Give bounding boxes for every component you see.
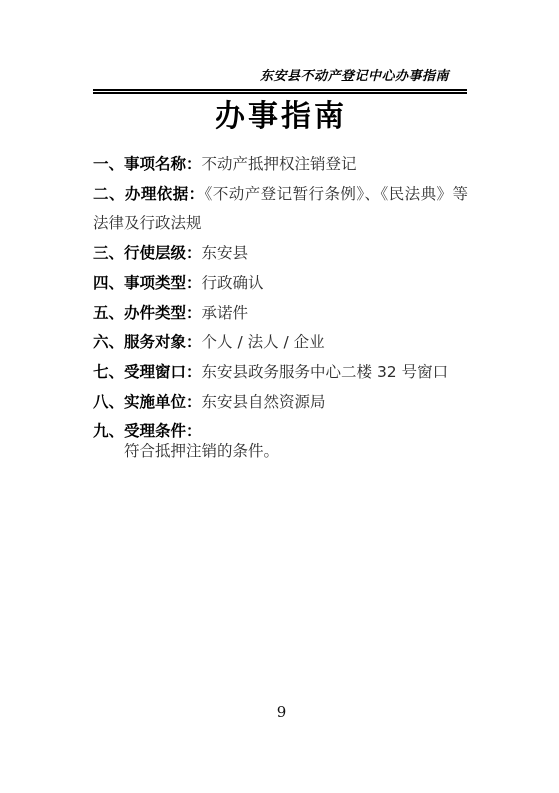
item-label: 七、受理窗口：	[93, 363, 202, 381]
guide-item-8: 八、实施单位：东安县自然资源局	[93, 388, 468, 418]
guide-item-7: 七、受理窗口：东安县政务服务中心二楼 32 号窗口	[93, 358, 468, 388]
page-number: 9	[0, 704, 559, 721]
page-header: 东安县不动产登记中心办事指南	[93, 69, 467, 94]
item-value: 承诺件	[202, 304, 249, 322]
guide-item-1: 一、事项名称：不动产抵押权注销登记	[93, 150, 468, 180]
guide-item-5: 五、办件类型：承诺件	[93, 299, 468, 329]
item-value: 东安县政务服务中心二楼 32 号窗口	[202, 363, 449, 381]
header-double-rule	[93, 89, 467, 94]
guide-item-6: 六、服务对象：个人 / 法人 / 企业	[93, 328, 468, 358]
item-value: 东安县自然资源局	[202, 393, 326, 411]
item-label: 一、事项名称：	[93, 155, 202, 173]
item-label: 五、办件类型：	[93, 304, 202, 322]
page-title: 办事指南	[0, 100, 559, 134]
item-label: 三、行使层级：	[93, 244, 202, 262]
item-value: 不动产抵押权注销登记	[202, 155, 357, 173]
guide-item-3: 三、行使层级：东安县	[93, 239, 468, 269]
item-label: 八、实施单位：	[93, 393, 202, 411]
guide-item-4: 四、事项类型：行政确认	[93, 269, 468, 299]
item-value: 个人 / 法人 / 企业	[202, 333, 325, 351]
document-page: 东安县不动产登记中心办事指南 办事指南 一、事项名称：不动产抵押权注销登记 二、…	[0, 0, 559, 793]
guide-item-2: 二、办理依据：《不动产登记暂行条例》、《民法典》等法律及行政法规	[93, 180, 468, 239]
item-value: 东安县	[202, 244, 249, 262]
guide-items: 一、事项名称：不动产抵押权注销登记 二、办理依据：《不动产登记暂行条例》、《民法…	[93, 150, 468, 467]
item-label: 二、办理依据：	[93, 185, 205, 203]
condition-text: 符合抵押注销的条件。	[93, 437, 468, 467]
item-label: 六、服务对象：	[93, 333, 202, 351]
item-label: 四、事项类型：	[93, 274, 202, 292]
item-value: 行政确认	[202, 274, 264, 292]
header-title: 东安县不动产登记中心办事指南	[93, 69, 467, 85]
